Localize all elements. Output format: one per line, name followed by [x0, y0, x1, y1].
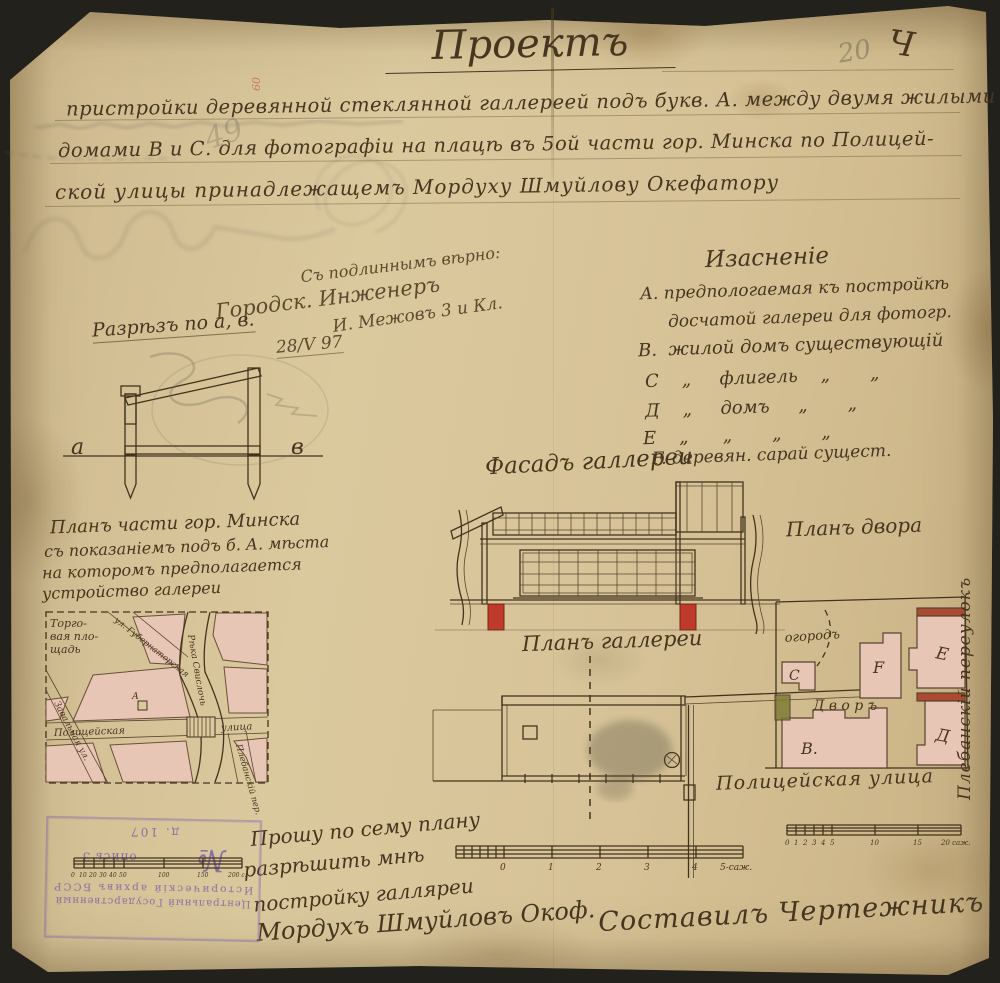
ghost-strike-line: [35, 121, 403, 129]
ghost-signature: [25, 212, 335, 258]
ghost-marks-overlay: [0, 0, 1000, 983]
